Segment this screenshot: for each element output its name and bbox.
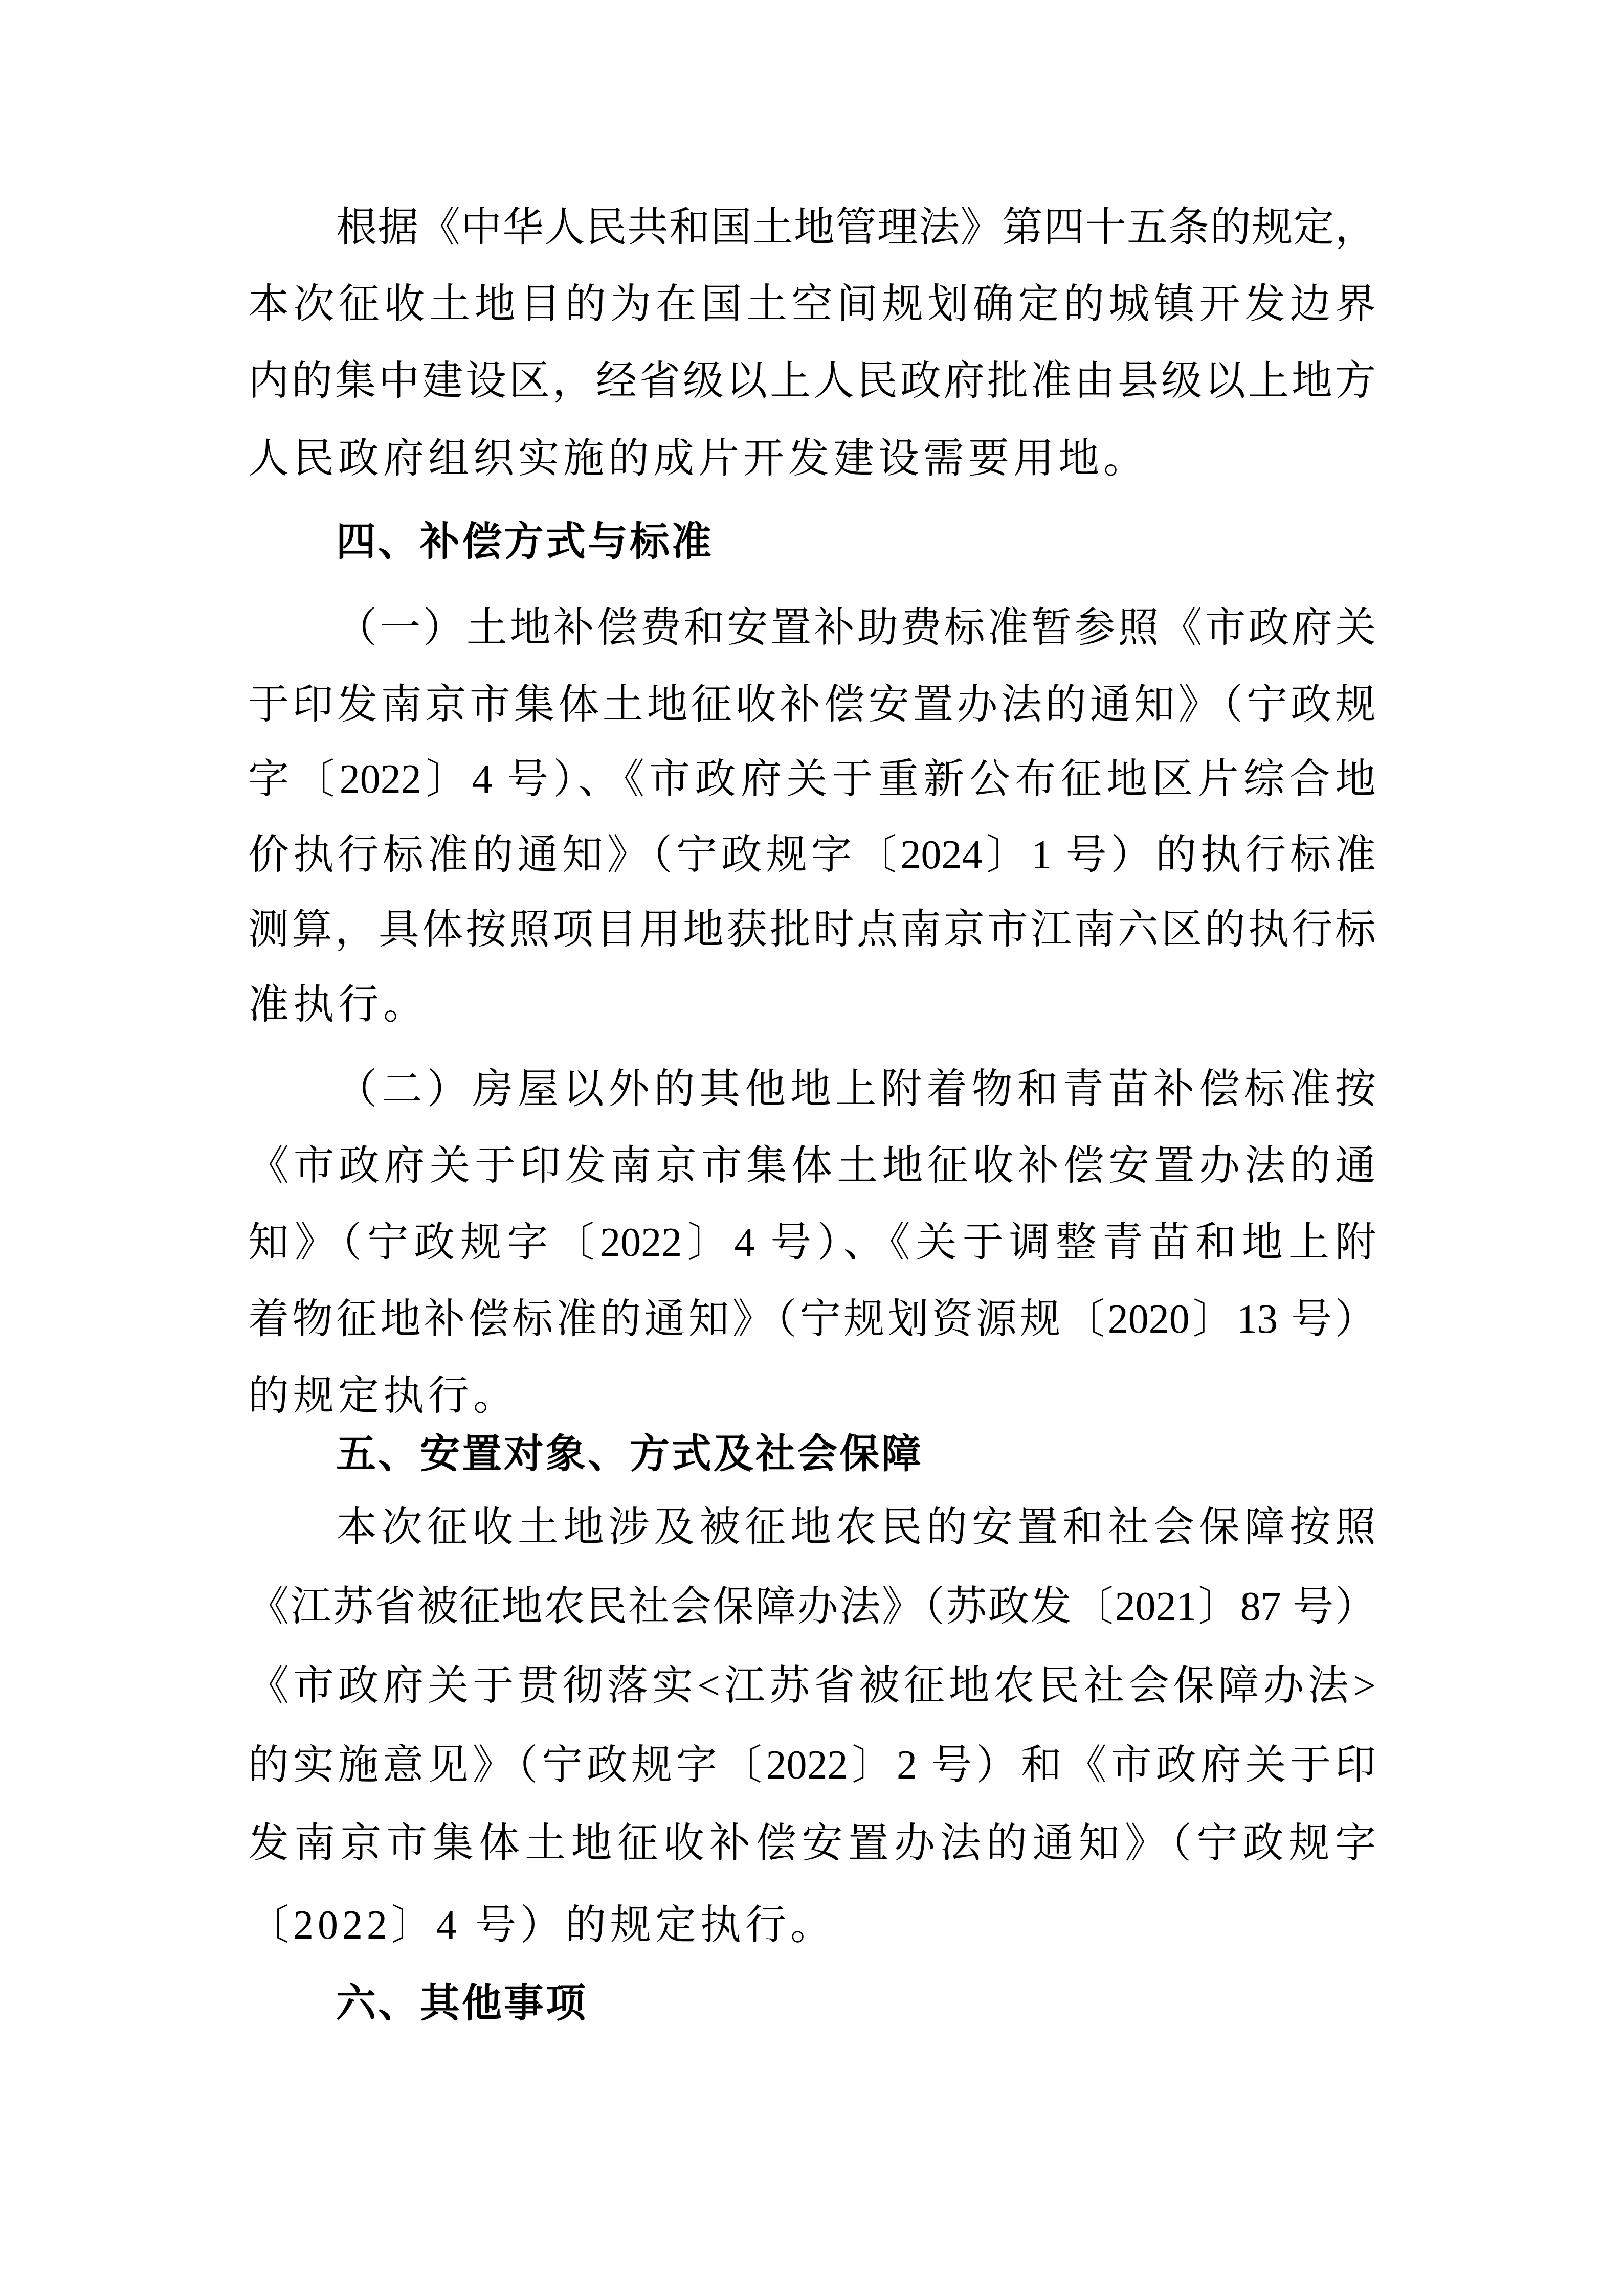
paragraph-line: 本次征收土地目的为在国土空间规划确定的城镇开发边界 [248, 279, 1376, 330]
paragraph-line: 〔2022〕4 号）的规定执行。 [248, 1900, 1376, 1951]
paragraph-line: 字〔2022〕4 号）、《市政府关于重新公布征地区片综合地 [248, 754, 1376, 805]
paragraph-line: 《市政府关于贯彻落实<江苏省被征地农民社会保障办法> [248, 1660, 1376, 1712]
paragraph-line: （一）土地补偿费和安置补助费标准暂参照《市政府关 [336, 602, 1376, 654]
document-page: 根据《中华人民共和国土地管理法》第四十五条的规定， 本次征收土地目的为在国土空间… [0, 0, 1624, 2296]
paragraph-line: （二）房屋以外的其他地上附着物和青苗补偿标准按 [336, 1064, 1376, 1115]
paragraph-line: 《市政府关于印发南京市集体土地征收补偿安置办法的通 [248, 1140, 1376, 1191]
paragraph-line: 于印发南京市集体土地征收补偿安置办法的通知》（宁政规 [248, 679, 1376, 730]
paragraph-line: 的规定执行。 [248, 1370, 1376, 1422]
paragraph-line: 的实施意见》（宁政规字〔2022〕2 号）和《市政府关于印 [248, 1740, 1376, 1791]
paragraph-line: 着物征地补偿标准的通知》（宁规划资源规〔2020〕13 号） [248, 1294, 1376, 1345]
section-heading-resettlement: 五、安置对象、方式及社会保障 [336, 1428, 923, 1479]
paragraph-line: 人民政府组织实施的成片开发建设需要用地。 [248, 433, 1376, 484]
paragraph-line: 知》（宁政规字〔2022〕4 号）、《关于调整青苗和地上附 [248, 1217, 1376, 1268]
paragraph-line: 发南京市集体土地征收补偿安置办法的通知》（宁政规字 [248, 1818, 1376, 1869]
paragraph-line: 准执行。 [248, 979, 1376, 1030]
paragraph-line: 根据《中华人民共和国土地管理法》第四十五条的规定， [336, 202, 1376, 253]
paragraph-line: 内的集中建设区，经省级以上人民政府批准由县级以上地方 [248, 355, 1376, 407]
paragraph-line: 价执行标准的通知》（宁政规字〔2024〕1 号）的执行标准 [248, 829, 1376, 881]
section-heading-compensation: 四、补偿方式与标准 [336, 516, 714, 567]
paragraph-line: 《江苏省被征地农民社会保障办法》（苏政发〔2021〕87 号） [248, 1581, 1376, 1632]
section-heading-other-matters: 六、其他事项 [336, 1977, 588, 2029]
paragraph-line: 本次征收土地涉及被征地农民的安置和社会保障按照 [336, 1502, 1376, 1553]
paragraph-line: 测算，具体按照项目用地获批时点南京市江南六区的执行标 [248, 904, 1376, 955]
